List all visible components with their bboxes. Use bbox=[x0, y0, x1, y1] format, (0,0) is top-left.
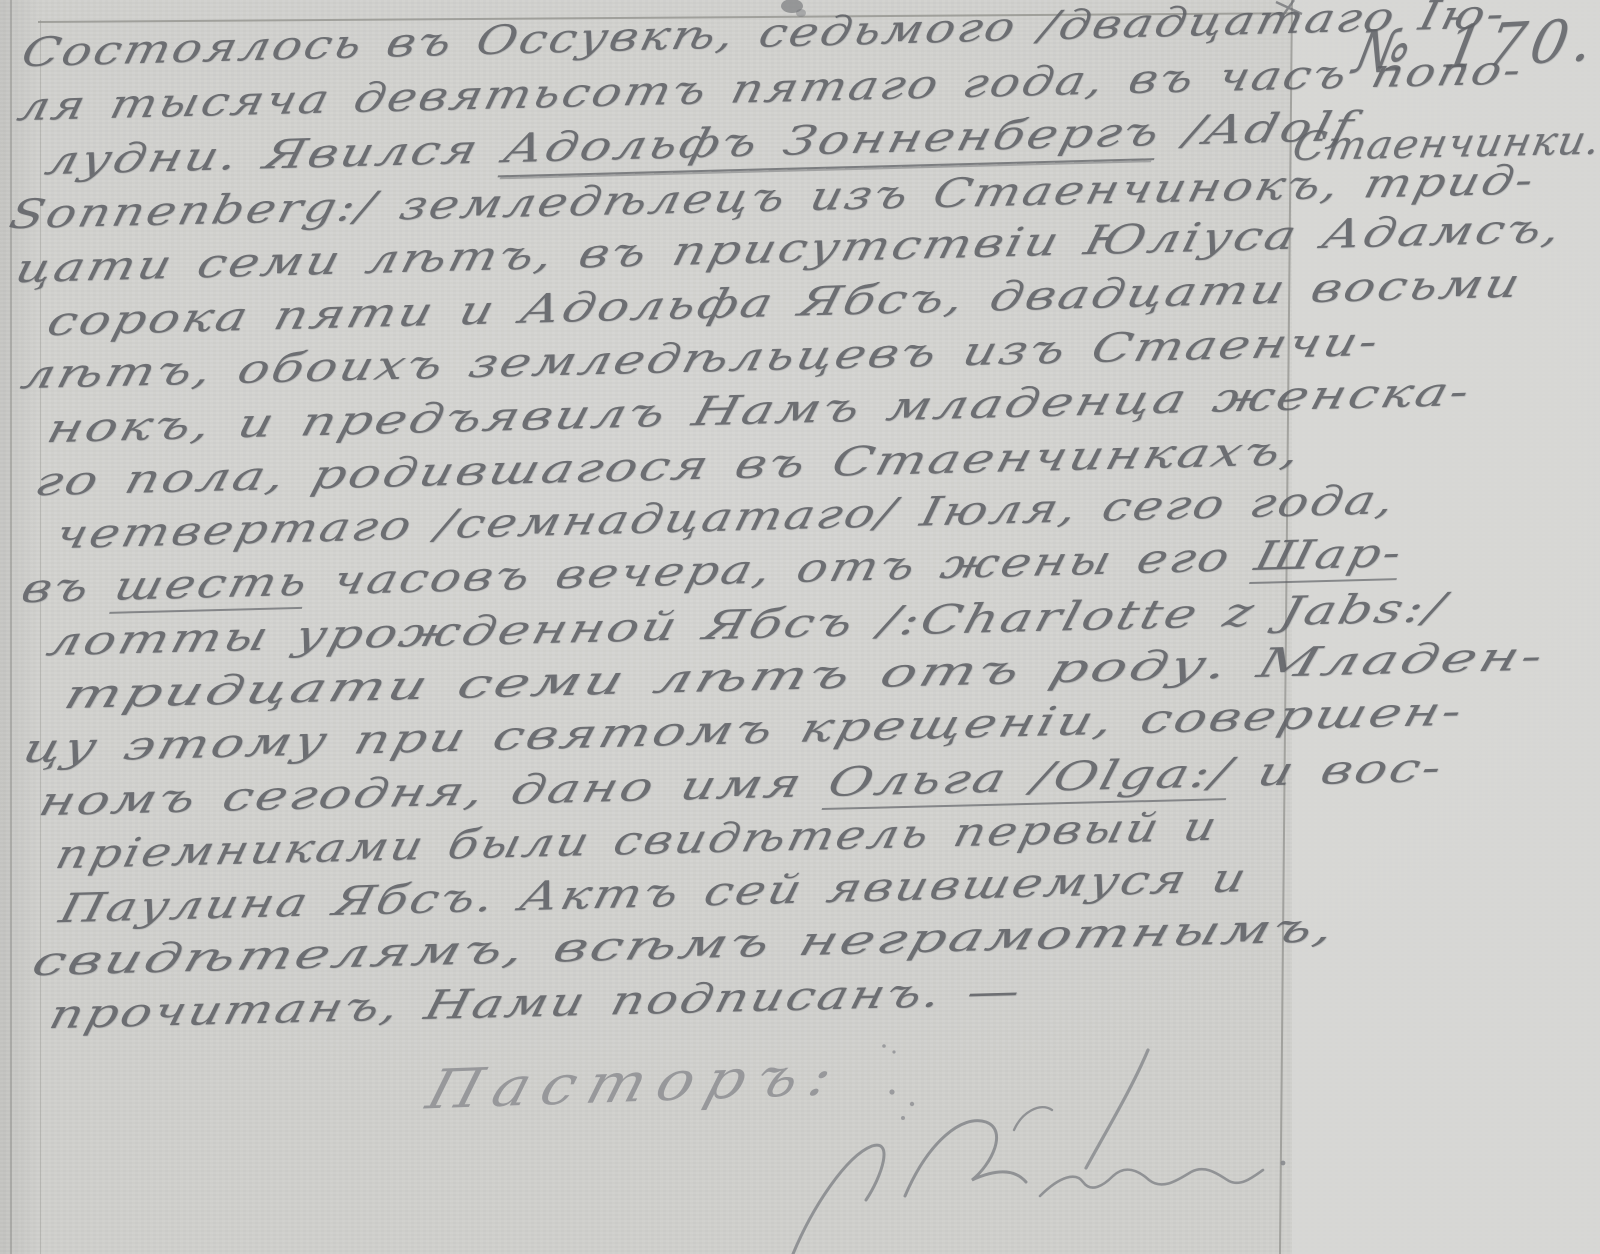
text-segment: /Adolf bbox=[1155, 104, 1360, 155]
signature-strokes bbox=[793, 1107, 1285, 1254]
pastor-label: Пасторъ: bbox=[420, 1044, 852, 1122]
underlined-phrase: шесть bbox=[109, 559, 315, 614]
text-segment: и вос- bbox=[1226, 745, 1449, 796]
underlined-phrase: Адольфъ Зонненбергъ bbox=[498, 109, 1167, 178]
left-page-edge-line bbox=[10, 0, 12, 1254]
register-page-scan: № 170. Стаенчинки. Состоялось въ Оссувкѣ… bbox=[0, 0, 1600, 1254]
text-segment: лудни. Явился bbox=[41, 126, 510, 184]
underlined-phrase: Ольга /Olga:/ bbox=[822, 750, 1238, 810]
underlined-phrase: Шар- bbox=[1249, 530, 1408, 584]
signature-flourish-stroke bbox=[1086, 1050, 1148, 1168]
text-segment: въ bbox=[17, 564, 121, 613]
ink-dots bbox=[882, 1044, 914, 1120]
